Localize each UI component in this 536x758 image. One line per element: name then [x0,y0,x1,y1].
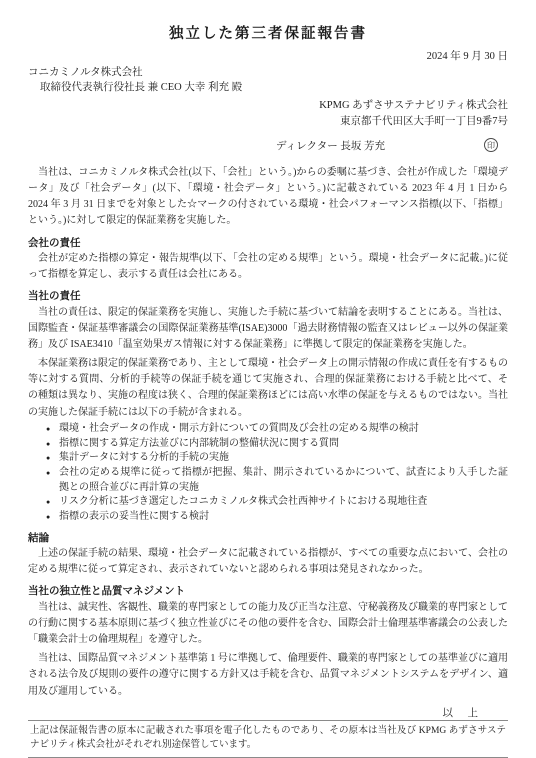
independence-paragraph-1: 当社は、誠実性、客観性、職業的専門家としての能力及び正当な注意、守秘義務及び職業… [28,600,508,649]
signer-name: ディレクター 長坂 芳充 [276,138,385,153]
footer-note: 上記は保証報告書の原本に記載された事項を電子化したものであり、その原本は当社及び… [28,720,508,758]
addressee-person: 取締役代表執行役社長 兼 CEO 大幸 利充 殿 [28,80,508,95]
procedure-item: 指標に関する算定方法並びに内部統制の整備状況に関する質問 [46,437,508,452]
addressee-company: コニカミノルタ株式会社 [28,65,508,80]
our-responsibility-paragraph-1: 当社の責任は、限定的保証業務を実施し、実施した手続に基づいて結論を表明することに… [28,305,508,354]
procedures-list: 環境・社会データの作成・開示方針についての質問及び会社の定める規準の検討 指標に… [28,422,508,525]
company-responsibility-paragraph: 会社が定めた指標の算定・報告規準(以下、「会社の定める規準」という。環境・社会デ… [28,251,508,283]
seal-stamp-icon: 印 [484,138,498,152]
section-heading-company-responsibility: 会社の責任 [28,235,508,251]
closing-mark: 以 上 [28,705,508,720]
independence-paragraph-2: 当社は、国際品質マネジメント基準第 1 号に準拠して、倫理要件、職業的専門家とし… [28,651,508,700]
conclusion-paragraph: 上述の保証手続の結果、環境・社会データに記載されている指標が、すべての重要な点に… [28,546,508,578]
assurer-company: KPMG あずさサステナビリティ株式会社 [28,98,508,113]
our-responsibility-paragraph-2: 本保証業務は限定的保証業務であり、主として環境・社会データ上の開示情報の作成に責… [28,356,508,421]
report-date: 2024 年 9 月 30 日 [28,48,508,63]
section-heading-conclusion: 結論 [28,530,508,546]
page-title: 独立した第三者保証報告書 [28,22,508,43]
section-heading-independence: 当社の独立性と品質マネジメント [28,583,508,599]
assurance-report-page: 独立した第三者保証報告書 2024 年 9 月 30 日 コニカミノルタ株式会社… [0,0,536,758]
procedure-item: 会社の定める規準に従って指標が把握、集計、開示されているかについて、試査により入… [46,466,508,495]
assurer-block: KPMG あずさサステナビリティ株式会社 東京都千代田区大手町一丁目9番7号 [28,98,508,128]
addressee-block: コニカミノルタ株式会社 取締役代表執行役社長 兼 CEO 大幸 利充 殿 [28,65,508,95]
signer-row: ディレクター 長坂 芳充 印 [28,138,508,153]
section-heading-our-responsibility: 当社の責任 [28,288,508,304]
assurer-address: 東京都千代田区大手町一丁目9番7号 [28,114,508,129]
procedure-item: 環境・社会データの作成・開示方針についての質問及び会社の定める規準の検討 [46,422,508,437]
procedure-item: 集計データに対する分析的手続の実施 [46,451,508,466]
procedure-item: 指標の表示の妥当性に関する検討 [46,510,508,525]
intro-paragraph: 当社は、コニカミノルタ株式会社(以下、「会社」という。)からの委嘱に基づき、会社… [28,165,508,230]
procedure-item: リスク分析に基づき選定したコニカミノルタ株式会社西神サイトにおける現地往査 [46,495,508,510]
